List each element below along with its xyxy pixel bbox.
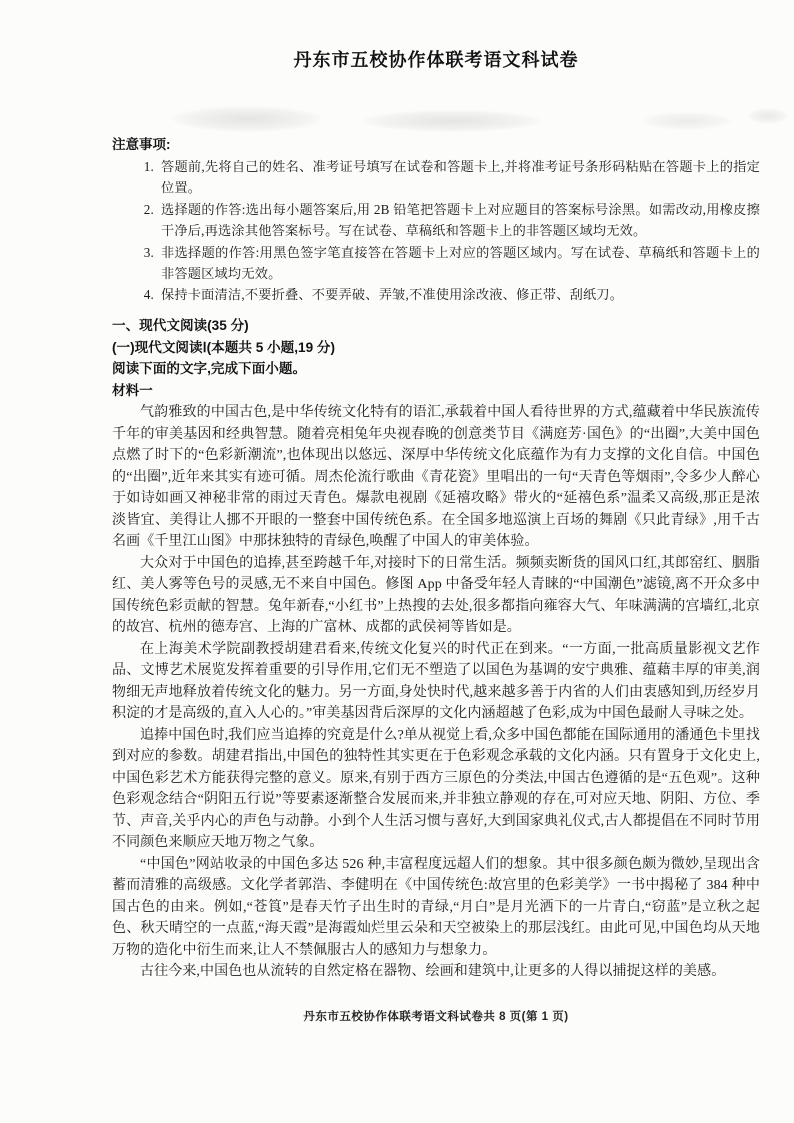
material-paragraph-2: 大众对于中国色的追捧,甚至跨越千年,对接时下的日常生活。频频卖断货的国风口红,其… bbox=[112, 553, 760, 639]
material-paragraph-5: “中国色”网站收录的中国色多达 526 种,丰富程度远超人们的想象。其中很多颜色… bbox=[112, 854, 760, 962]
material-one-body: 气韵雅致的中国古色,是中华传统文化特有的语汇,承载着中国人看待世界的方式,蕴藏着… bbox=[112, 402, 760, 983]
notice-item-number: 2. bbox=[130, 199, 154, 242]
section-heading-part-one-sub: (一)现代文阅读Ⅰ(本题共 5 小题,19 分) bbox=[112, 337, 760, 359]
material-paragraph-1: 气韵雅致的中国古色,是中华传统文化特有的语汇,承载着中国人看待世界的方式,蕴藏着… bbox=[112, 402, 760, 553]
notice-item-text: 保持卡面清洁,不要折叠、不要弄破、弄皱,不准使用涂改液、修正带、刮纸刀。 bbox=[161, 284, 760, 305]
scan-smudge bbox=[748, 108, 788, 124]
material-paragraph-6: 古往今来,中国色也从流转的自然定格在器物、绘画和建筑中,让更多的人得以捕捉这样的… bbox=[112, 961, 760, 983]
notice-item: 3. 非选择题的作答:用黑色签字笔直接答在答题卡上对应的答题区域内。写在试卷、草… bbox=[112, 242, 760, 285]
material-one-label: 材料一 bbox=[112, 380, 760, 402]
notice-item-text: 答题前,先将自己的姓名、准考证号填写在试卷和答题卡上,并将准考证号条形码粘贴在答… bbox=[161, 156, 760, 199]
exam-paper-page: 丹东市五校协作体联考语文科试卷 注意事项: 1. 答题前,先将自己的姓名、准考证… bbox=[0, 0, 794, 1123]
notice-item: 2. 选择题的作答:选出每小题答案后,用 2B 铅笔把答题卡上对应题目的答案标号… bbox=[112, 199, 760, 242]
scan-smudge bbox=[642, 112, 732, 130]
scan-smudge-area bbox=[112, 72, 760, 134]
notice-item-text: 非选择题的作答:用黑色签字笔直接答在答题卡上对应的答题区域内。写在试卷、草稿纸和… bbox=[161, 242, 760, 285]
page-content: 丹东市五校协作体联考语文科试卷 注意事项: 1. 答题前,先将自己的姓名、准考证… bbox=[0, 0, 794, 983]
material-paragraph-3: 在上海美术学院副教授胡建君看来,传统文化复兴的时代正在到来。“一方面,一批高质量… bbox=[112, 639, 760, 725]
notice-item-number: 4. bbox=[130, 284, 154, 305]
notice-section: 注意事项: 1. 答题前,先将自己的姓名、准考证号填写在试卷和答题卡上,并将准考… bbox=[112, 134, 760, 306]
notice-item-text: 选择题的作答:选出每小题答案后,用 2B 铅笔把答题卡上对应题目的答案标号涂黑。… bbox=[161, 199, 760, 242]
section-gap bbox=[112, 306, 760, 315]
notice-item: 4. 保持卡面清洁,不要折叠、不要弄破、弄皱,不准使用涂改液、修正带、刮纸刀。 bbox=[112, 284, 760, 305]
scan-smudge bbox=[362, 110, 542, 132]
notice-item-number: 1. bbox=[130, 156, 154, 199]
notice-heading: 注意事项: bbox=[112, 134, 760, 155]
page-title: 丹东市五校协作体联考语文科试卷 bbox=[112, 46, 760, 72]
page-footer: 丹东市五校协作体联考语文科试卷共 8 页(第 1 页) bbox=[112, 1008, 760, 1024]
scan-smudge bbox=[172, 106, 322, 132]
reading-instruction: 阅读下面的文字,完成下面小题。 bbox=[112, 358, 760, 380]
notice-list: 1. 答题前,先将自己的姓名、准考证号填写在试卷和答题卡上,并将准考证号条形码粘… bbox=[112, 156, 760, 306]
notice-item-number: 3. bbox=[130, 242, 154, 285]
section-heading-part-one: 一、现代文阅读(35 分) bbox=[112, 315, 760, 337]
notice-item: 1. 答题前,先将自己的姓名、准考证号填写在试卷和答题卡上,并将准考证号条形码粘… bbox=[112, 156, 760, 199]
material-paragraph-4: 追捧中国色时,我们应当追捧的究竟是什么?单从视觉上看,众多中国色都能在国际通用的… bbox=[112, 725, 760, 854]
